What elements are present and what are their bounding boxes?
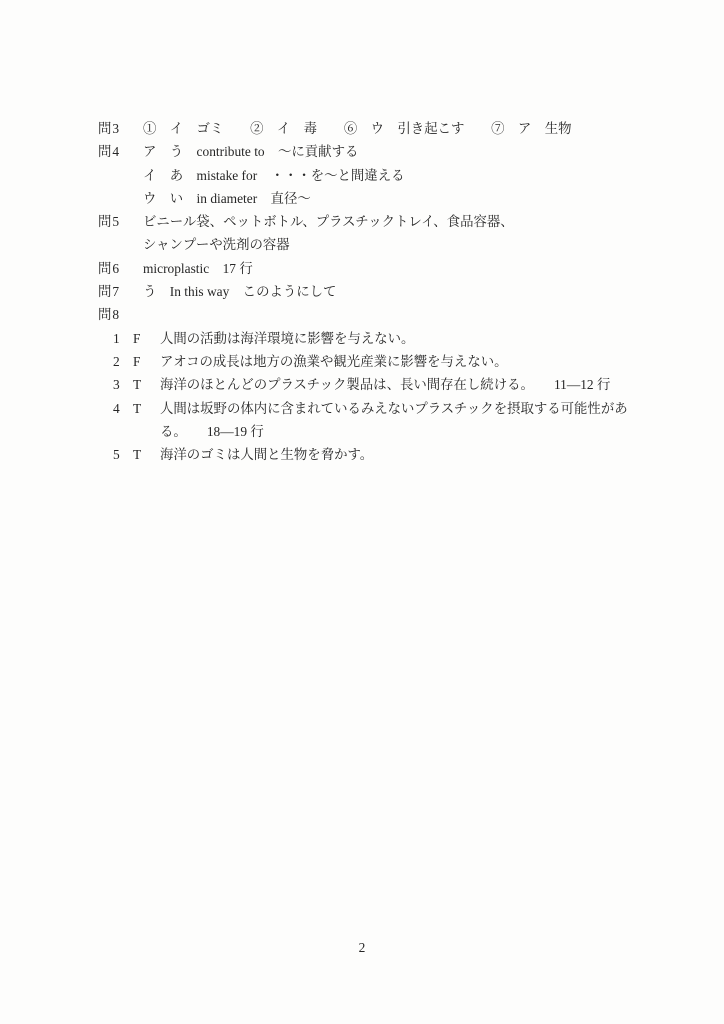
- answer-text-q5-line2: シャンプーや洗剤の容器: [143, 233, 678, 256]
- tf-item-mark: T: [133, 443, 160, 466]
- answer-text-q3: ① イ ゴミ ② イ 毒 ⑥ ウ 引き起こす ⑦ ア 生物: [143, 117, 678, 140]
- answers-block: 問3 ① イ ゴミ ② イ 毒 ⑥ ウ 引き起こす ⑦ ア 生物 問4 ア う …: [98, 117, 678, 466]
- question-label-q3: 問3: [98, 117, 143, 140]
- tf-row-5: 5 T 海洋のゴミは人間と生物を脅かす。: [98, 443, 678, 466]
- answer-row-q5: 問5 ビニール袋、ペットボトル、プラスチックトレイ、食品容器、: [98, 210, 678, 233]
- tf-item-number: 1: [113, 327, 133, 350]
- tf-item-text: 人間は坂野の体内に含まれているみえないプラスチックを摂取する可能性があ: [160, 397, 678, 420]
- tf-row-3: 3 T 海洋のほとんどのプラスチック製品は、長い間存在し続ける。 11—12 行: [98, 373, 678, 396]
- answer-text-q7: う In this way このようにして: [143, 280, 678, 303]
- answer-row-q8: 問8: [98, 303, 678, 326]
- tf-item-mark: T: [133, 373, 160, 396]
- tf-item-mark: F: [133, 327, 160, 350]
- answer-text-q4-line2: イ あ mistake for ・・・を～と間違える: [143, 164, 678, 187]
- answer-row-q4: 問4 ア う contribute to ～に貢献する: [98, 140, 678, 163]
- answer-row-q7: 問7 う In this way このようにして: [98, 280, 678, 303]
- question-label-q8: 問8: [98, 303, 143, 326]
- tf-row-2: 2 F アオコの成長は地方の漁業や観光産業に影響を与えない。: [98, 350, 678, 373]
- tf-item-text: アオコの成長は地方の漁業や観光産業に影響を与えない。: [160, 350, 678, 373]
- tf-item-number: 5: [113, 443, 133, 466]
- answer-text-q6: microplastic 17 行: [143, 257, 678, 280]
- tf-item-text: 人間の活動は海洋環境に影響を与えない。: [160, 327, 678, 350]
- answer-text-q4-line3: ウ い in diameter 直径～: [143, 187, 678, 210]
- tf-item-number: 4: [113, 397, 133, 420]
- tf-item-mark: T: [133, 397, 160, 420]
- tf-item-number: 2: [113, 350, 133, 373]
- tf-row-1: 1 F 人間の活動は海洋環境に影響を与えない。: [98, 327, 678, 350]
- page-number: 2: [0, 938, 724, 958]
- tf-row-4: 4 T 人間は坂野の体内に含まれているみえないプラスチックを摂取する可能性があ: [98, 397, 678, 420]
- tf-item-number: 3: [113, 373, 133, 396]
- answer-sheet-page: 問3 ① イ ゴミ ② イ 毒 ⑥ ウ 引き起こす ⑦ ア 生物 問4 ア う …: [0, 0, 724, 1024]
- question-label-q5: 問5: [98, 210, 143, 233]
- answer-row-q6: 問6 microplastic 17 行: [98, 257, 678, 280]
- question-label-q6: 問6: [98, 257, 143, 280]
- question-label-q7: 問7: [98, 280, 143, 303]
- answer-row-q3: 問3 ① イ ゴミ ② イ 毒 ⑥ ウ 引き起こす ⑦ ア 生物: [98, 117, 678, 140]
- tf-item-text: 海洋のほとんどのプラスチック製品は、長い間存在し続ける。 11—12 行: [160, 373, 678, 396]
- tf-row-4-cont: る。 18—19 行: [98, 420, 678, 443]
- tf-item-text: 海洋のゴミは人間と生物を脅かす。: [160, 443, 678, 466]
- answer-text-q5-line1: ビニール袋、ペットボトル、プラスチックトレイ、食品容器、: [143, 210, 678, 233]
- tf-item-text-continuation: る。 18—19 行: [160, 420, 678, 443]
- question-label-q4: 問4: [98, 140, 143, 163]
- answer-text-q4-line1: ア う contribute to ～に貢献する: [143, 140, 678, 163]
- answer-row-q5-cont: シャンプーや洗剤の容器: [98, 233, 678, 256]
- answer-row-q4-cont1: イ あ mistake for ・・・を～と間違える: [98, 164, 678, 187]
- tf-item-mark: F: [133, 350, 160, 373]
- answer-row-q4-cont2: ウ い in diameter 直径～: [98, 187, 678, 210]
